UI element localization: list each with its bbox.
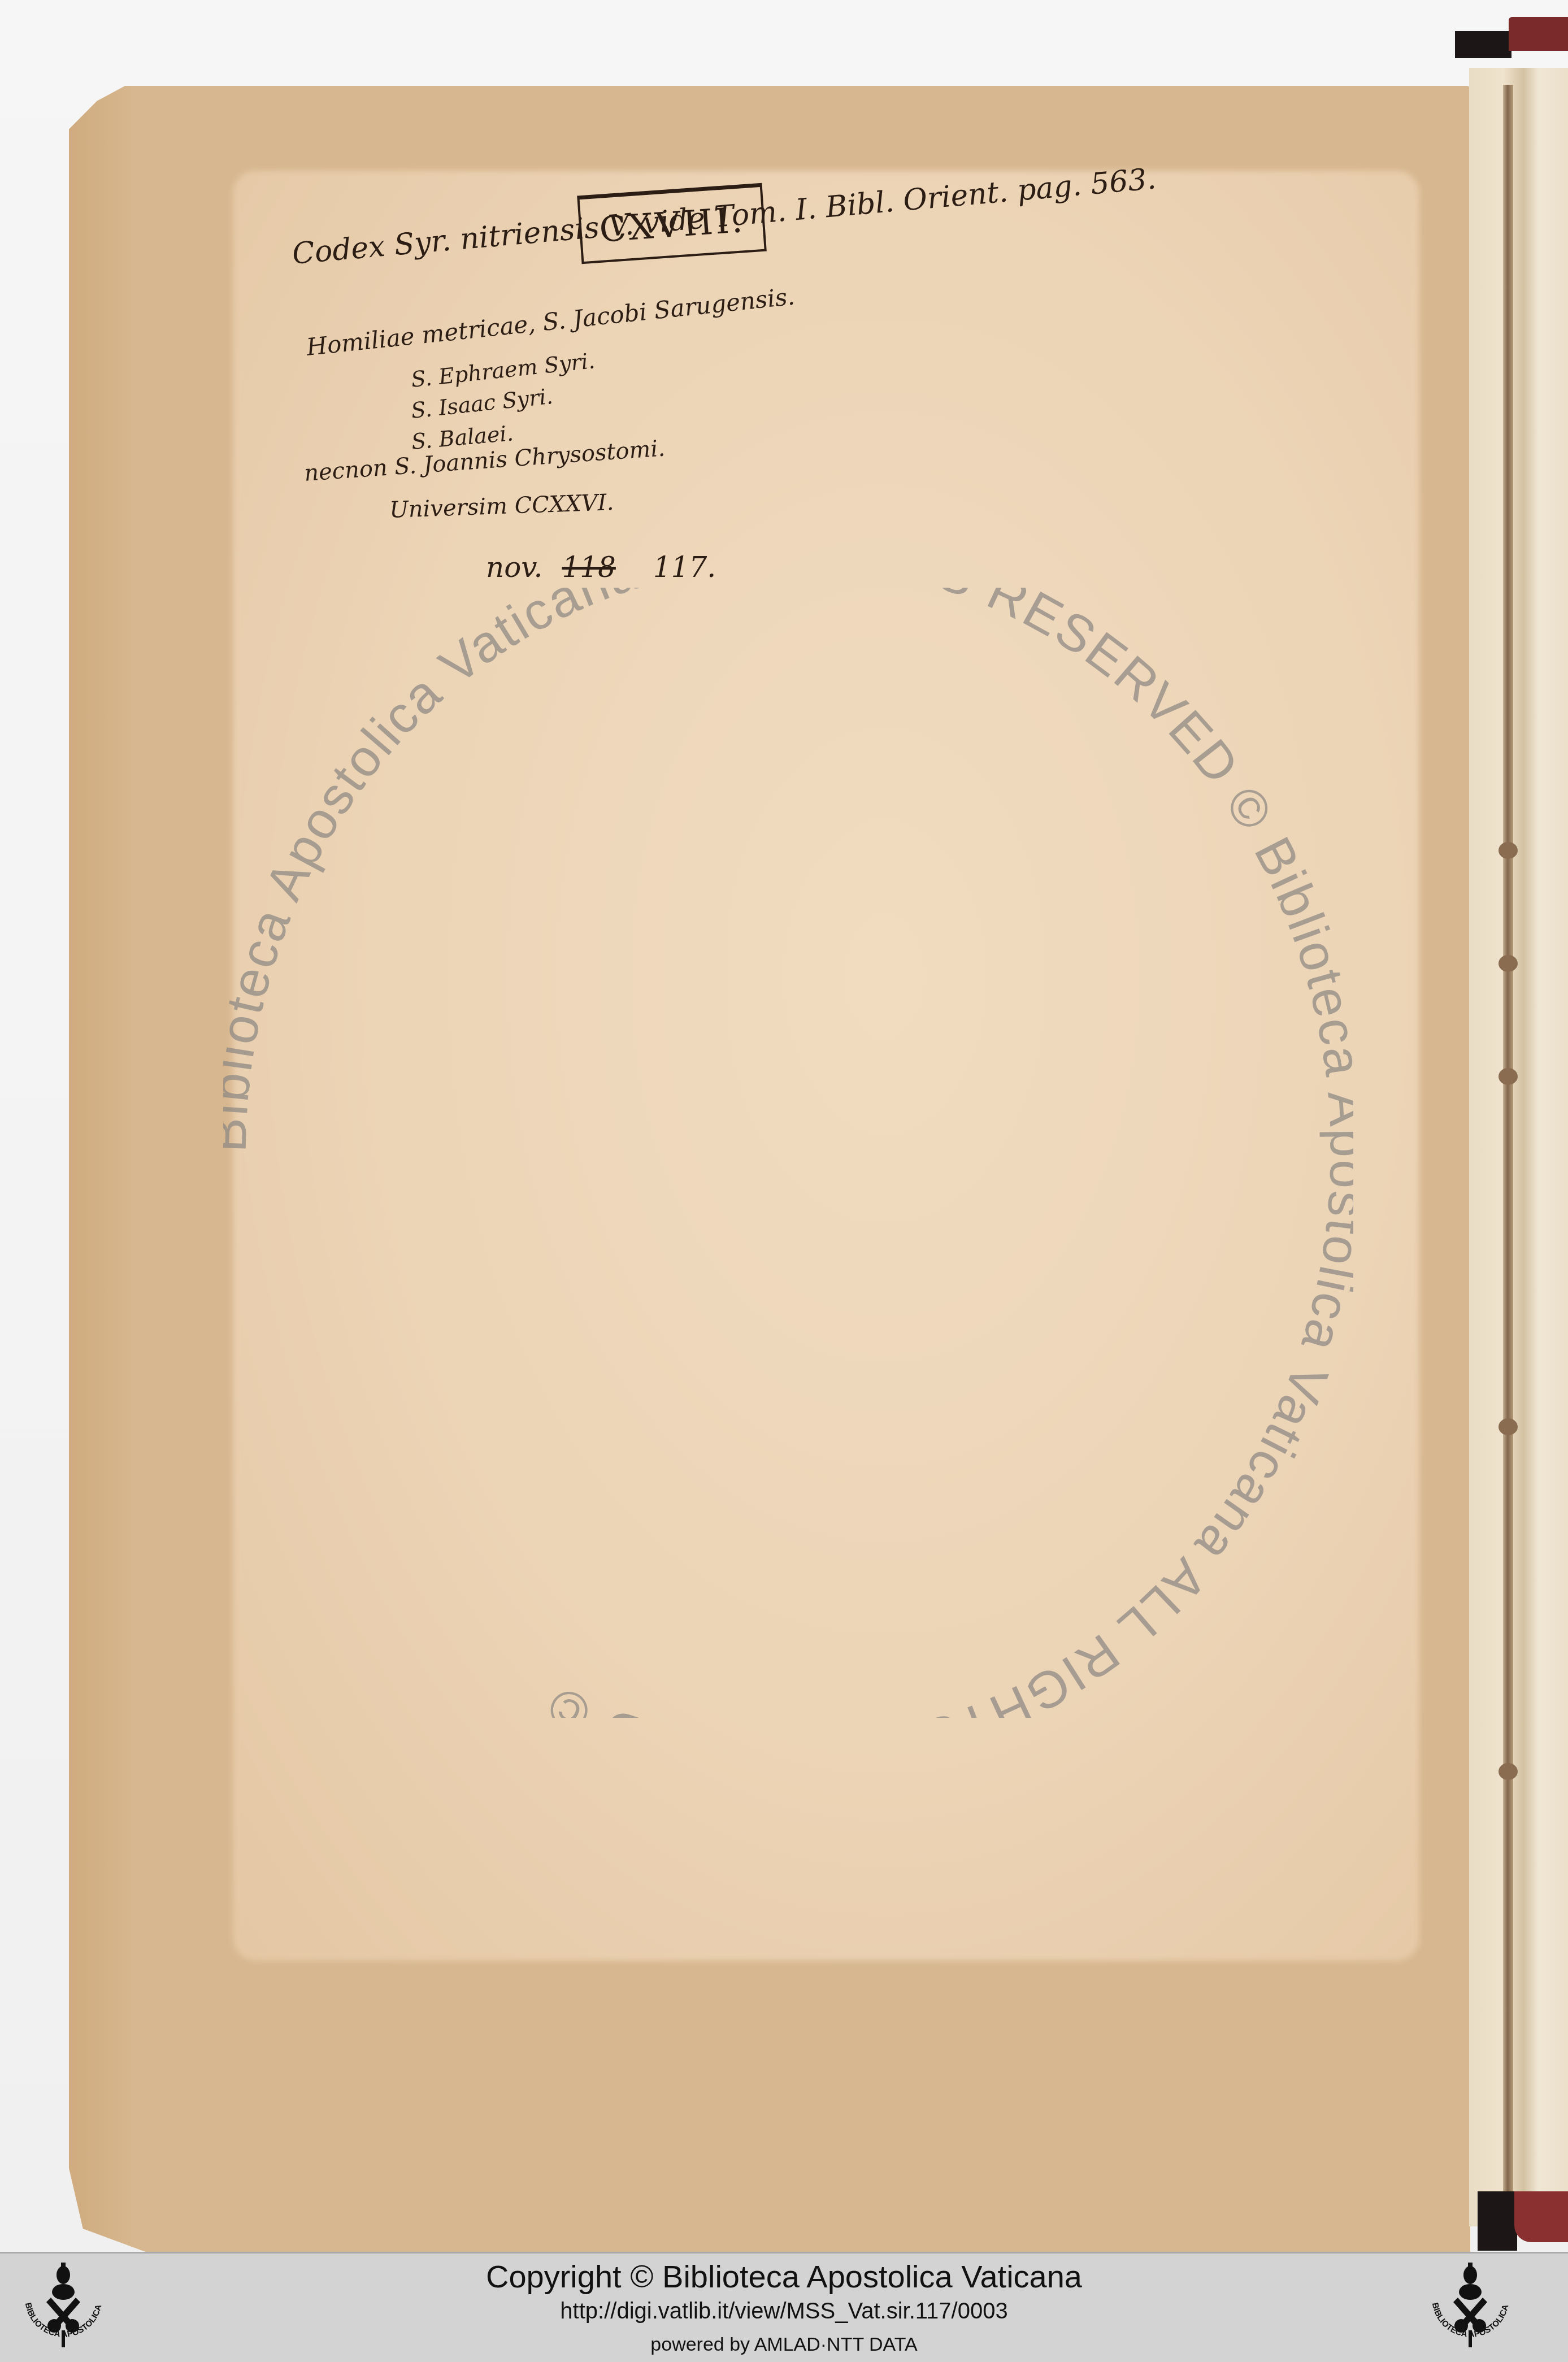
current-number: 117. [653,551,716,584]
page-stain [69,86,137,2255]
struck-number: 118 [562,551,615,584]
footer-powered-by: powered by AMLAD·NTT DATA [0,2334,1568,2356]
binding-stitch [1498,1418,1518,1435]
vatican-library-logo-right: BIBLIOTECA APOSTOLICA VATICANA [1418,2258,1523,2362]
footer-copyright: Copyright © Biblioteca Apostolica Vatica… [0,2258,1568,2295]
watermark-text: Biblioteca Apostolica Vaticana ALL RIGHT… [223,588,1353,1718]
svg-text:Biblioteca Apostolica Vaticana: Biblioteca Apostolica Vaticana ALL RIGHT… [223,588,1353,1718]
footer-url[interactable]: http://digi.vatlib.it/view/MSS_Vat.sir.1… [0,2299,1568,2324]
numbering-line: nov. 118 117. [486,551,716,584]
numbering-prefix: nov. [486,551,543,584]
binding-cover-top [1509,17,1568,51]
binding-headband [1455,31,1511,58]
binding-crease [1503,85,1513,2221]
footer-bar: BIBLIOTECA APOSTOLICA VATICANA Copyright… [0,2252,1568,2362]
binding-stitch [1498,1068,1518,1085]
binding-stitch [1498,955,1518,972]
binding-stitch [1498,1763,1518,1780]
binding-cover-bottom [1514,2191,1568,2242]
facing-page-gutter [1469,68,1568,2226]
binding-stitch [1498,842,1518,859]
binding-tailband [1478,2191,1517,2251]
